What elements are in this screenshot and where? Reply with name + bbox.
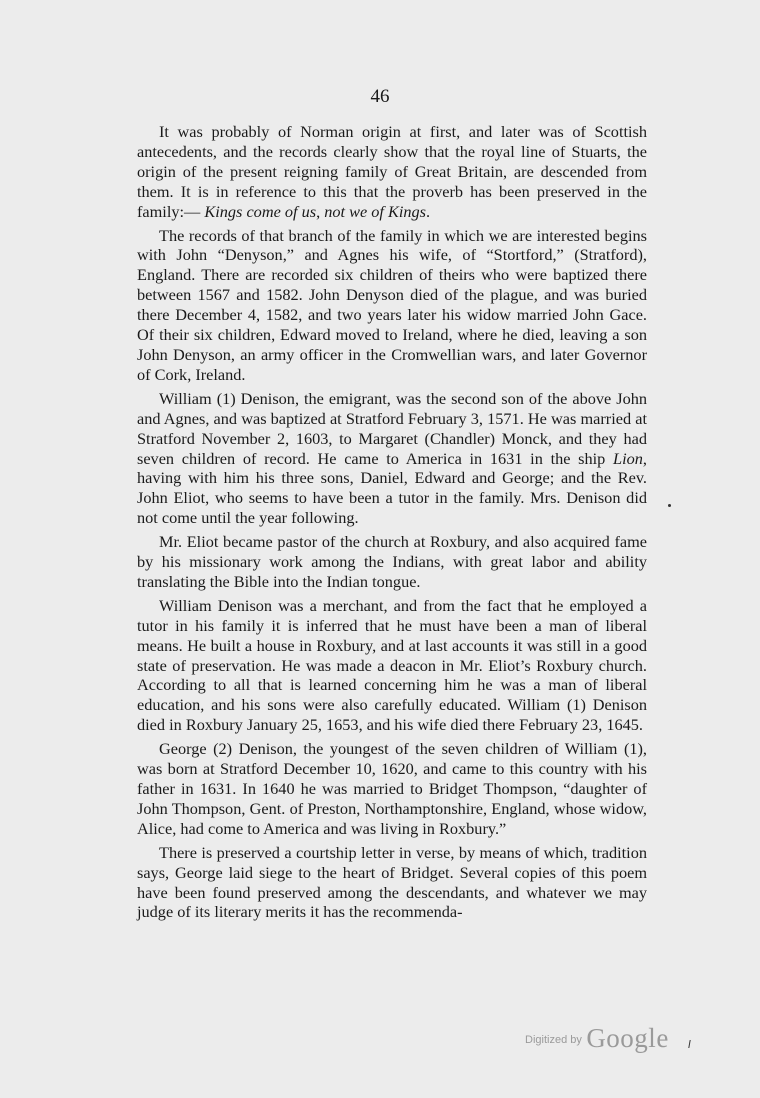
watermark-prefix: Digitized by [525, 1034, 582, 1046]
paragraph-courtship-letter: There is preserved a courtship letter in… [137, 843, 647, 923]
text-segment: William Denison was a merchant, and from… [137, 596, 647, 734]
scan-mark [688, 1040, 690, 1048]
proverb-italic: Kings come of us [204, 202, 316, 221]
paragraph-william-merchant: William Denison was a merchant, and from… [137, 596, 647, 735]
text-segment: Mr. Eliot became pastor of the church at… [137, 532, 647, 591]
text-segment: The records of that branch of the family… [137, 226, 647, 384]
paragraph-denyson-records: The records of that branch of the family… [137, 226, 647, 385]
text-segment: There is preserved a courtship letter in… [137, 843, 647, 922]
digitized-watermark: Digitized by Google [525, 1023, 669, 1054]
paragraph-william-emigrant: William (1) Denison, the emigrant, was t… [137, 389, 647, 528]
ship-name-italic: Lion [613, 449, 643, 468]
paragraph-origin: It was probably of Norman origin at firs… [137, 122, 647, 222]
body-text: It was probably of Norman origin at firs… [137, 122, 647, 926]
paragraph-george: George (2) Denison, the youngest of the … [137, 739, 647, 839]
text-segment: George (2) Denison, the youngest of the … [137, 739, 647, 838]
proverb-italic: not we of Kings [324, 202, 426, 221]
scan-speck [668, 504, 671, 507]
page-number: 46 [0, 86, 760, 108]
text-segment: William (1) Denison, the emigrant, was t… [137, 389, 647, 468]
text-segment: , [316, 202, 324, 221]
paragraph-eliot: Mr. Eliot became pastor of the church at… [137, 532, 647, 592]
google-logo-text: Google [586, 1023, 668, 1053]
text-segment: . [426, 202, 430, 221]
